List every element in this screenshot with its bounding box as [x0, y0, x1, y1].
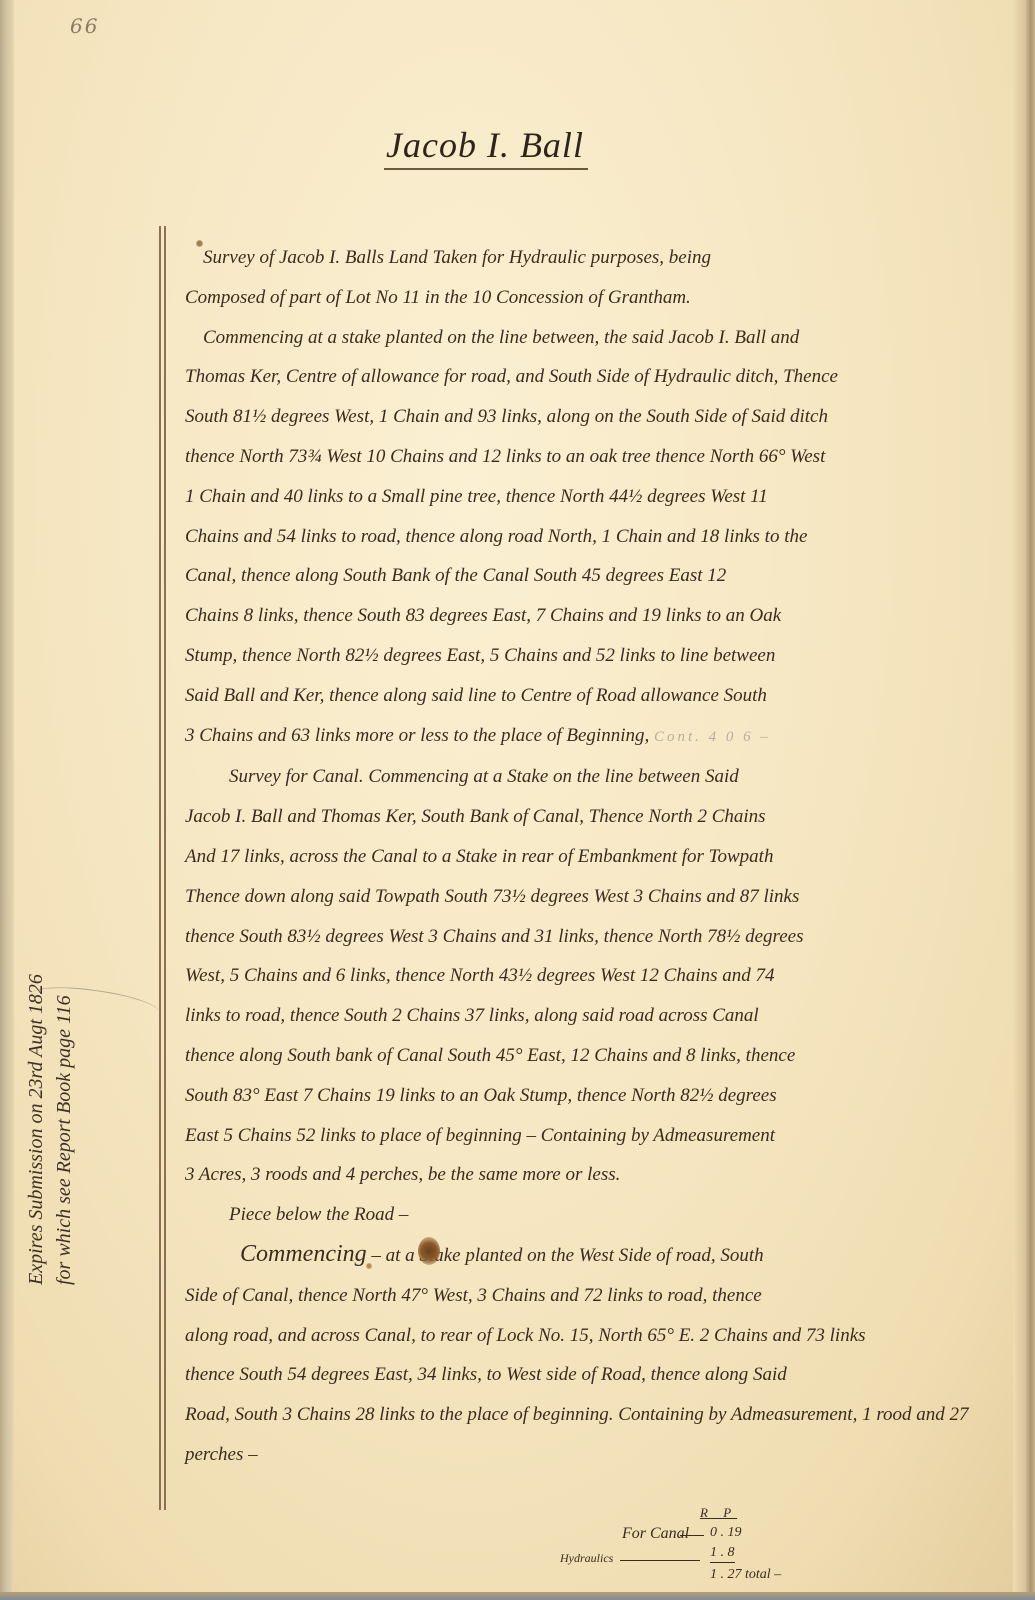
page-title: Jacob I. Ball	[384, 124, 588, 170]
text-line: And 17 links, across the Canal to a Stak…	[185, 846, 773, 867]
tally-hydraulic-value: 1 . 8	[710, 1545, 735, 1563]
text-line: 3 Chains and 63 links more or less to th…	[185, 725, 649, 746]
text-line: thence South 54 degrees East, 34 links, …	[185, 1364, 787, 1385]
text-line: along road, and across Canal, to rear of…	[185, 1325, 866, 1346]
margin-annotation: Expires Submission on 23rd Augt 1826 for…	[22, 974, 78, 1285]
text-line: 1 Chain and 40 links to a Small pine tre…	[185, 486, 768, 507]
lead-word: Commencing	[240, 1241, 367, 1267]
text-line: Survey of Jacob I. Balls Land Taken for …	[203, 247, 711, 268]
tally-total-value: 1 . 27 total –	[710, 1567, 781, 1583]
tally-dash	[680, 1535, 704, 1536]
margin-rule-left	[159, 226, 161, 1510]
text-line: 3 Acres, 3 roods and 4 perches, be the s…	[185, 1164, 620, 1185]
text-line: thence North 73¾ West 10 Chains and 12 l…	[185, 446, 825, 467]
ledger-page: 66 Jacob I. Ball Expires Submission on 2…	[0, 0, 1035, 1600]
text-line: Road, South 3 Chains 28 links to the pla…	[185, 1404, 969, 1465]
text-line: Survey for Canal. Commencing at a Stake …	[229, 766, 739, 787]
area-tally: R P For Canal 0 . 19 Hydraulics 1 . 8 1 …	[560, 1505, 940, 1595]
text-line: Chains and 54 links to road, thence alon…	[185, 526, 807, 547]
text-line: Thomas Ker, Centre of allowance for road…	[185, 366, 838, 387]
margin-annotation-line-1: Expires Submission on 23rd Augt 1826	[22, 974, 50, 1285]
text-line: thence South 83½ degrees West 3 Chains a…	[185, 926, 803, 947]
tally-canal-label: For Canal	[622, 1525, 689, 1543]
tally-hydraulic-label: Hydraulics	[560, 1551, 613, 1566]
tally-dash	[620, 1560, 700, 1561]
paragraph-survey-hydraulic: Survey of Jacob I. Balls Land Taken for …	[185, 238, 995, 318]
text-line: South 81½ degrees West, 1 Chain and 93 l…	[185, 406, 828, 427]
ink-speck	[196, 240, 203, 247]
ink-speck	[366, 1263, 372, 1269]
text-line: Commencing at a stake planted on the lin…	[203, 327, 799, 348]
paragraph-commencing-2: Commencing – at a Stake planted on the W…	[185, 1235, 995, 1475]
text-line: thence along South bank of Canal South 4…	[185, 1045, 795, 1066]
tally-header: R P	[700, 1505, 737, 1521]
text-line: Chains 8 links, thence South 83 degrees …	[185, 605, 781, 626]
ink-stain	[418, 1237, 440, 1265]
paragraph-piece-below-road: Piece below the Road –	[185, 1195, 995, 1235]
text-line: Canal, thence along South Bank of the Ca…	[185, 565, 726, 586]
text-line: East 5 Chains 52 links to place of begin…	[185, 1125, 775, 1146]
text-line: links to road, thence South 2 Chains 37 …	[185, 1005, 759, 1026]
text-line: Said Ball and Ker, thence along said lin…	[185, 685, 767, 706]
page-number: 66	[70, 14, 99, 38]
pencil-acreage-note: Cont. 4 0 6 –	[654, 729, 771, 745]
tally-canal-value: 0 . 19	[710, 1525, 742, 1541]
text-line: Thence down along said Towpath South 73½…	[185, 886, 799, 907]
page-edge-right	[1013, 0, 1035, 1600]
text-line: West, 5 Chains and 6 links, thence North…	[185, 965, 775, 986]
text-line: Jacob I. Ball and Thomas Ker, South Bank…	[185, 806, 766, 827]
text-line: Side of Canal, thence North 47° West, 3 …	[185, 1285, 762, 1306]
margin-rule-right	[164, 226, 166, 1510]
text-line: Composed of part of Lot No 11 in the 10 …	[185, 287, 691, 308]
margin-annotation-line-2: for which see Report Book page 116	[50, 974, 78, 1285]
book-binding-edge	[0, 0, 14, 1600]
paragraph-survey-canal: Survey for Canal. Commencing at a Stake …	[185, 757, 995, 1195]
text-line: Stump, thence North 82½ degrees East, 5 …	[185, 645, 775, 666]
survey-body: Survey of Jacob I. Balls Land Taken for …	[185, 238, 995, 1475]
paragraph-commencing-1: Commencing at a stake planted on the lin…	[185, 318, 995, 758]
text-line: South 83° East 7 Chains 19 links to an O…	[185, 1085, 777, 1106]
section-heading: Piece below the Road –	[229, 1204, 408, 1225]
